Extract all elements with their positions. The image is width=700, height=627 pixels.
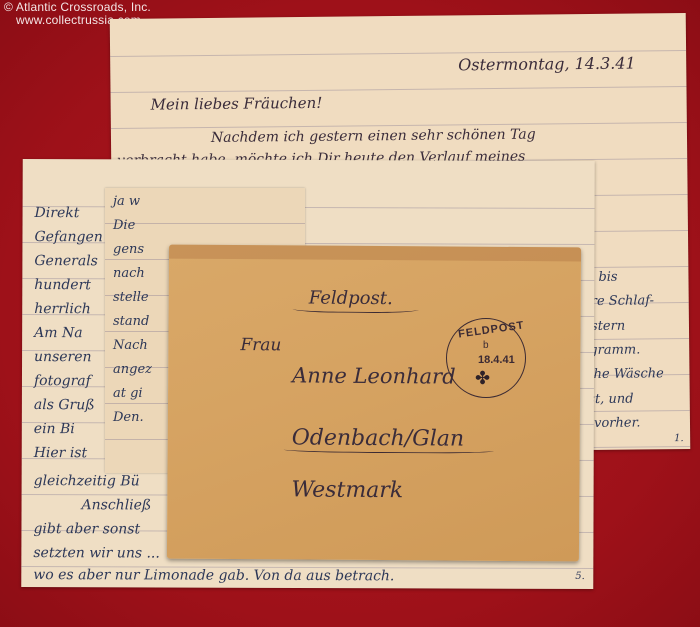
letter-line-fragment: nach — [113, 266, 145, 281]
letter-line: setzten wir uns ... — [33, 545, 160, 561]
letter-line: gibt aber sonst — [33, 521, 140, 537]
letter-line: Generals — [34, 253, 98, 269]
page-number: 5. — [575, 571, 585, 582]
postmark-letter: b — [483, 340, 489, 351]
letter-line: Anschließ — [82, 497, 152, 513]
letter-line: Hier ist — [34, 445, 87, 461]
letter-line: hundert — [34, 277, 91, 293]
envelope-flap-edge — [169, 245, 581, 262]
page-number: 1. — [674, 433, 684, 444]
letter-line: wo es aber nur Limonade gab. Von da aus … — [33, 567, 394, 584]
recipient-title: Frau — [240, 335, 281, 355]
letter-line: herrlich — [34, 301, 91, 317]
letter-line: fotograf — [34, 373, 91, 389]
letter-line: unseren — [34, 349, 92, 365]
city-underline — [284, 445, 494, 453]
recipient-name: Anne Leonhard — [292, 363, 456, 388]
letter-line-fragment: Den. — [113, 410, 144, 425]
eagle-emblem-icon: ✤ — [475, 368, 490, 389]
letter-line: gleichzeitig Bü — [34, 473, 140, 489]
letter-line-fragment: stand — [113, 314, 149, 329]
letter-line: Gefangen — [34, 229, 102, 245]
header-underline — [293, 303, 419, 313]
letter-line-fragment: Die — [113, 218, 135, 233]
feldpost-envelope: Feldpost. Frau Anne Leonhard Odenbach/Gl… — [167, 245, 581, 562]
letter-line-fragment: stelle — [113, 290, 149, 305]
letter-line-fragment: ja w — [113, 194, 140, 209]
recipient-region: Westmark — [291, 477, 403, 503]
letter-salutation: Mein liebes Fräuchen! — [151, 94, 323, 114]
letter-line: Am Na — [34, 325, 82, 341]
letter-line-fragment: Nach — [113, 338, 148, 353]
letter-line-fragment: at gi — [113, 386, 143, 401]
letter-line: Nachdem ich gestern einen sehr schönen T… — [211, 127, 536, 146]
letter-line: Direkt — [35, 205, 80, 221]
letter-line: als Gruß — [34, 397, 95, 413]
letter-line-fragment: angez — [113, 362, 152, 377]
postmark-date: 18.4.41 — [478, 354, 515, 366]
letter-date: Ostermontag, 14.3.41 — [458, 54, 636, 75]
letter-line: ein Bi — [34, 421, 75, 437]
letter-line-fragment: gens — [113, 242, 144, 257]
